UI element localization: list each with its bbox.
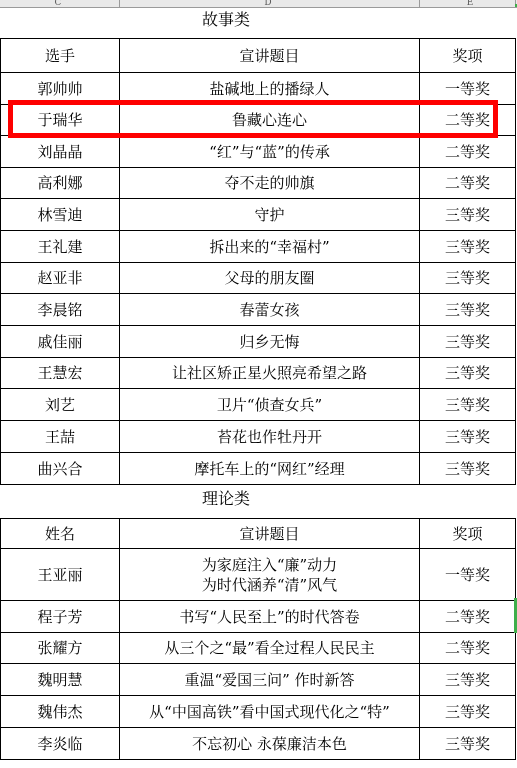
column-divider bbox=[419, 0, 420, 7]
contestant-name-cell[interactable]: 郭帅帅 bbox=[1, 73, 120, 104]
table-row: 刘艺卫片“侦查女兵”三等奖 bbox=[1, 389, 515, 421]
award-cell[interactable]: 三等奖 bbox=[420, 199, 515, 230]
award-cell[interactable]: 二等奖 bbox=[420, 601, 515, 632]
award-cell[interactable]: 三等奖 bbox=[420, 728, 515, 759]
speech-topic-cell[interactable]: 夺不走的帅旗 bbox=[120, 168, 420, 198]
theory-awards-table: 姓名宣讲题目奖项王亚丽为家庭注入“廉”动力 为时代涵养“清”风气一等奖程子芳书写… bbox=[0, 518, 516, 760]
award-cell[interactable]: 三等奖 bbox=[420, 263, 515, 293]
contestant-name-cell[interactable]: 魏明慧 bbox=[1, 664, 120, 695]
speech-topic-cell[interactable]: 从三个之“最”看全过程人民民主 bbox=[120, 633, 420, 663]
table-row: 曲兴合摩托车上的“网红”经理三等奖 bbox=[1, 453, 515, 485]
speech-topic-cell[interactable]: 让社区矫正星火照亮希望之路 bbox=[120, 358, 420, 388]
section-title-story[interactable]: 故事类 bbox=[0, 10, 452, 30]
speech-topic-cell[interactable]: 父母的朋友圈 bbox=[120, 263, 420, 293]
award-cell[interactable]: 二等奖 bbox=[420, 168, 515, 198]
table-row: 王慧宏让社区矫正星火照亮希望之路三等奖 bbox=[1, 358, 515, 389]
table-row: 魏伟杰从“中国高铁”看中国式现代化之“特”三等奖 bbox=[1, 696, 515, 728]
contestant-name-cell[interactable]: 王亚丽 bbox=[1, 549, 120, 600]
award-cell[interactable]: 二等奖 bbox=[420, 105, 515, 135]
table-row: 赵亚非父母的朋友圈三等奖 bbox=[1, 263, 515, 294]
contestant-name-cell[interactable]: 戚佳丽 bbox=[1, 326, 120, 357]
award-cell[interactable]: 三等奖 bbox=[420, 389, 515, 420]
speech-topic-cell[interactable]: 拆出来的“幸福村” bbox=[120, 231, 420, 262]
contestant-name-cell[interactable]: 曲兴合 bbox=[1, 453, 120, 484]
contestant-name-cell[interactable]: 高利娜 bbox=[1, 168, 120, 198]
section-title-theory[interactable]: 理论类 bbox=[0, 489, 452, 509]
award-cell[interactable]: 三等奖 bbox=[420, 421, 515, 452]
speech-topic-cell[interactable]: 苔花也作牡丹开 bbox=[120, 421, 420, 452]
table-header-row: 选手宣讲题目奖项 bbox=[1, 39, 515, 73]
contestant-name-cell[interactable]: 李炎临 bbox=[1, 728, 120, 759]
contestant-name-cell[interactable]: 刘晶晶 bbox=[1, 136, 120, 167]
award-cell[interactable]: 三等奖 bbox=[420, 231, 515, 262]
contestant-name-cell[interactable]: 张耀方 bbox=[1, 633, 120, 663]
table-row: 戚佳丽归乡无悔三等奖 bbox=[1, 326, 515, 358]
speech-topic-cell[interactable]: 不忘初心 永葆廉洁本色 bbox=[120, 728, 420, 759]
column-header-strip: C D E bbox=[0, 0, 517, 8]
contestant-name-cell[interactable]: 李晨铭 bbox=[1, 294, 120, 325]
award-column-header[interactable]: 奖项 bbox=[420, 519, 515, 548]
award-column-header[interactable]: 奖项 bbox=[420, 39, 515, 72]
contestant-name-cell[interactable]: 王慧宏 bbox=[1, 358, 120, 388]
contestant-name-cell[interactable]: 程子芳 bbox=[1, 601, 120, 632]
spreadsheet-view: C D E 故事类 理论类 选手宣讲题目奖项郭帅帅盐碱地上的播绿人一等奖于瑞华鲁… bbox=[0, 0, 517, 768]
speech-topic-cell[interactable]: 从“中国高铁”看中国式现代化之“特” bbox=[120, 696, 420, 727]
speech-topic-cell[interactable]: 为家庭注入“廉”动力 为时代涵养“清”风气 bbox=[120, 549, 420, 600]
table-row: 于瑞华鲁藏心连心二等奖 bbox=[1, 105, 515, 136]
table-row: 高利娜夺不走的帅旗二等奖 bbox=[1, 168, 515, 199]
table-row: 魏明慧重温“爱国三问” 作时新答三等奖 bbox=[1, 664, 515, 696]
column-header-E[interactable]: E bbox=[467, 0, 474, 8]
column-header-C[interactable]: C bbox=[55, 0, 62, 8]
award-cell[interactable]: 二等奖 bbox=[420, 633, 515, 663]
table-row: 王喆苔花也作牡丹开三等奖 bbox=[1, 421, 515, 453]
table-row: 张耀方从三个之“最”看全过程人民民主二等奖 bbox=[1, 633, 515, 664]
award-cell[interactable]: 三等奖 bbox=[420, 294, 515, 325]
award-cell[interactable]: 一等奖 bbox=[420, 73, 515, 104]
table-header-row: 姓名宣讲题目奖项 bbox=[1, 519, 515, 549]
table-row: 郭帅帅盐碱地上的播绿人一等奖 bbox=[1, 73, 515, 105]
table-row: 李炎临不忘初心 永葆廉洁本色三等奖 bbox=[1, 728, 515, 760]
topic-column-header[interactable]: 宣讲题目 bbox=[120, 519, 420, 548]
award-cell[interactable]: 三等奖 bbox=[420, 664, 515, 695]
name-column-header[interactable]: 选手 bbox=[1, 39, 120, 72]
name-column-header[interactable]: 姓名 bbox=[1, 519, 120, 548]
speech-topic-cell[interactable]: 春蕾女孩 bbox=[120, 294, 420, 325]
table-row: 李晨铭春蕾女孩三等奖 bbox=[1, 294, 515, 326]
contestant-name-cell[interactable]: 魏伟杰 bbox=[1, 696, 120, 727]
contestant-name-cell[interactable]: 赵亚非 bbox=[1, 263, 120, 293]
table-row: 林雪迪守护三等奖 bbox=[1, 199, 515, 231]
award-cell[interactable]: 一等奖 bbox=[420, 549, 515, 600]
contestant-name-cell[interactable]: 王礼建 bbox=[1, 231, 120, 262]
speech-topic-cell[interactable]: “红”与“蓝”的传承 bbox=[120, 136, 420, 167]
contestant-name-cell[interactable]: 林雪迪 bbox=[1, 199, 120, 230]
column-header-D[interactable]: D bbox=[264, 0, 271, 8]
story-awards-table: 选手宣讲题目奖项郭帅帅盐碱地上的播绿人一等奖于瑞华鲁藏心连心二等奖刘晶晶“红”与… bbox=[0, 38, 516, 485]
table-row: 刘晶晶“红”与“蓝”的传承二等奖 bbox=[1, 136, 515, 168]
topic-column-header[interactable]: 宣讲题目 bbox=[120, 39, 420, 72]
speech-topic-cell[interactable]: 书写“人民至上”的时代答卷 bbox=[120, 601, 420, 632]
table-row: 王礼建拆出来的“幸福村”三等奖 bbox=[1, 231, 515, 263]
speech-topic-cell[interactable]: 盐碱地上的播绿人 bbox=[120, 73, 420, 104]
speech-topic-cell[interactable]: 摩托车上的“网红”经理 bbox=[120, 453, 420, 484]
award-cell[interactable]: 三等奖 bbox=[420, 453, 515, 484]
speech-topic-cell[interactable]: 卫片“侦查女兵” bbox=[120, 389, 420, 420]
table-row: 王亚丽为家庭注入“廉”动力 为时代涵养“清”风气一等奖 bbox=[1, 549, 515, 601]
speech-topic-cell[interactable]: 重温“爱国三问” 作时新答 bbox=[120, 664, 420, 695]
table-row: 程子芳书写“人民至上”的时代答卷二等奖 bbox=[1, 601, 515, 633]
contestant-name-cell[interactable]: 于瑞华 bbox=[1, 105, 120, 135]
column-divider bbox=[119, 0, 120, 7]
award-cell[interactable]: 三等奖 bbox=[420, 696, 515, 727]
contestant-name-cell[interactable]: 王喆 bbox=[1, 421, 120, 452]
speech-topic-cell[interactable]: 归乡无悔 bbox=[120, 326, 420, 357]
contestant-name-cell[interactable]: 刘艺 bbox=[1, 389, 120, 420]
speech-topic-cell[interactable]: 守护 bbox=[120, 199, 420, 230]
award-cell[interactable]: 三等奖 bbox=[420, 326, 515, 357]
award-cell[interactable]: 二等奖 bbox=[420, 136, 515, 167]
award-cell[interactable]: 三等奖 bbox=[420, 358, 515, 388]
speech-topic-cell[interactable]: 鲁藏心连心 bbox=[120, 105, 420, 135]
